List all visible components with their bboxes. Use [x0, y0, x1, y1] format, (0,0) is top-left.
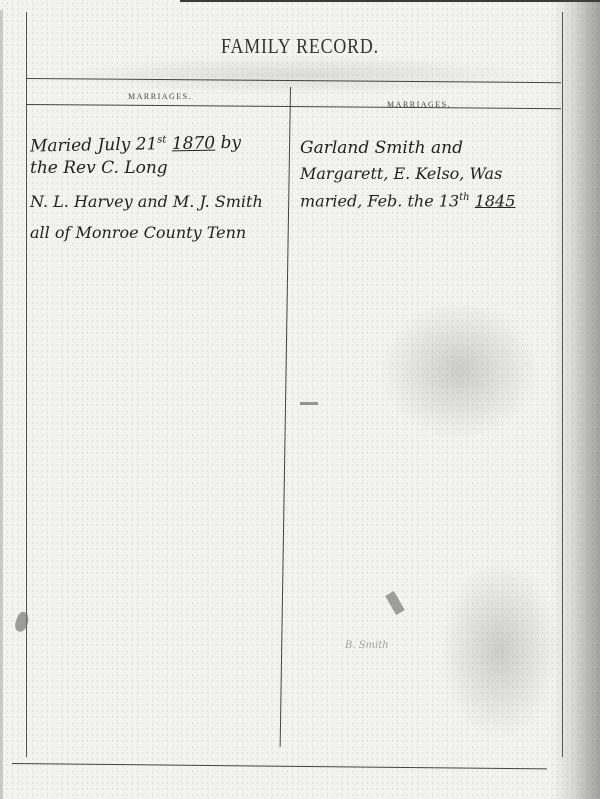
- entry-line: all of Monroe County Tenn: [30, 222, 246, 243]
- entry-line: Maried July 21st 1870 by: [30, 128, 241, 157]
- entry-line: the Rev C. Long: [30, 158, 168, 179]
- scan-shadow: [552, 0, 600, 799]
- column-header-marriages-right: MARRIAGES.: [387, 100, 451, 109]
- scan-edge: [180, 0, 600, 2]
- faint-mark: B. Smith: [345, 640, 389, 651]
- entry-line: Margarett, E. Kelso, Was: [300, 163, 502, 184]
- ink-mark: [300, 402, 318, 405]
- scan-edge-left: [0, 10, 3, 799]
- entry-line: Garland Smith and: [300, 138, 463, 159]
- entry-line: N. L. Harvey and M. J. Smith: [30, 191, 263, 212]
- record-frame: [26, 12, 563, 757]
- entry-line: maried, Feb. the 13th 1845: [300, 187, 515, 211]
- page-title: FAMILY RECORD.: [45, 34, 555, 59]
- column-header-marriages-left: MARRIAGES.: [128, 92, 192, 101]
- table-bottom-rule: [12, 763, 547, 769]
